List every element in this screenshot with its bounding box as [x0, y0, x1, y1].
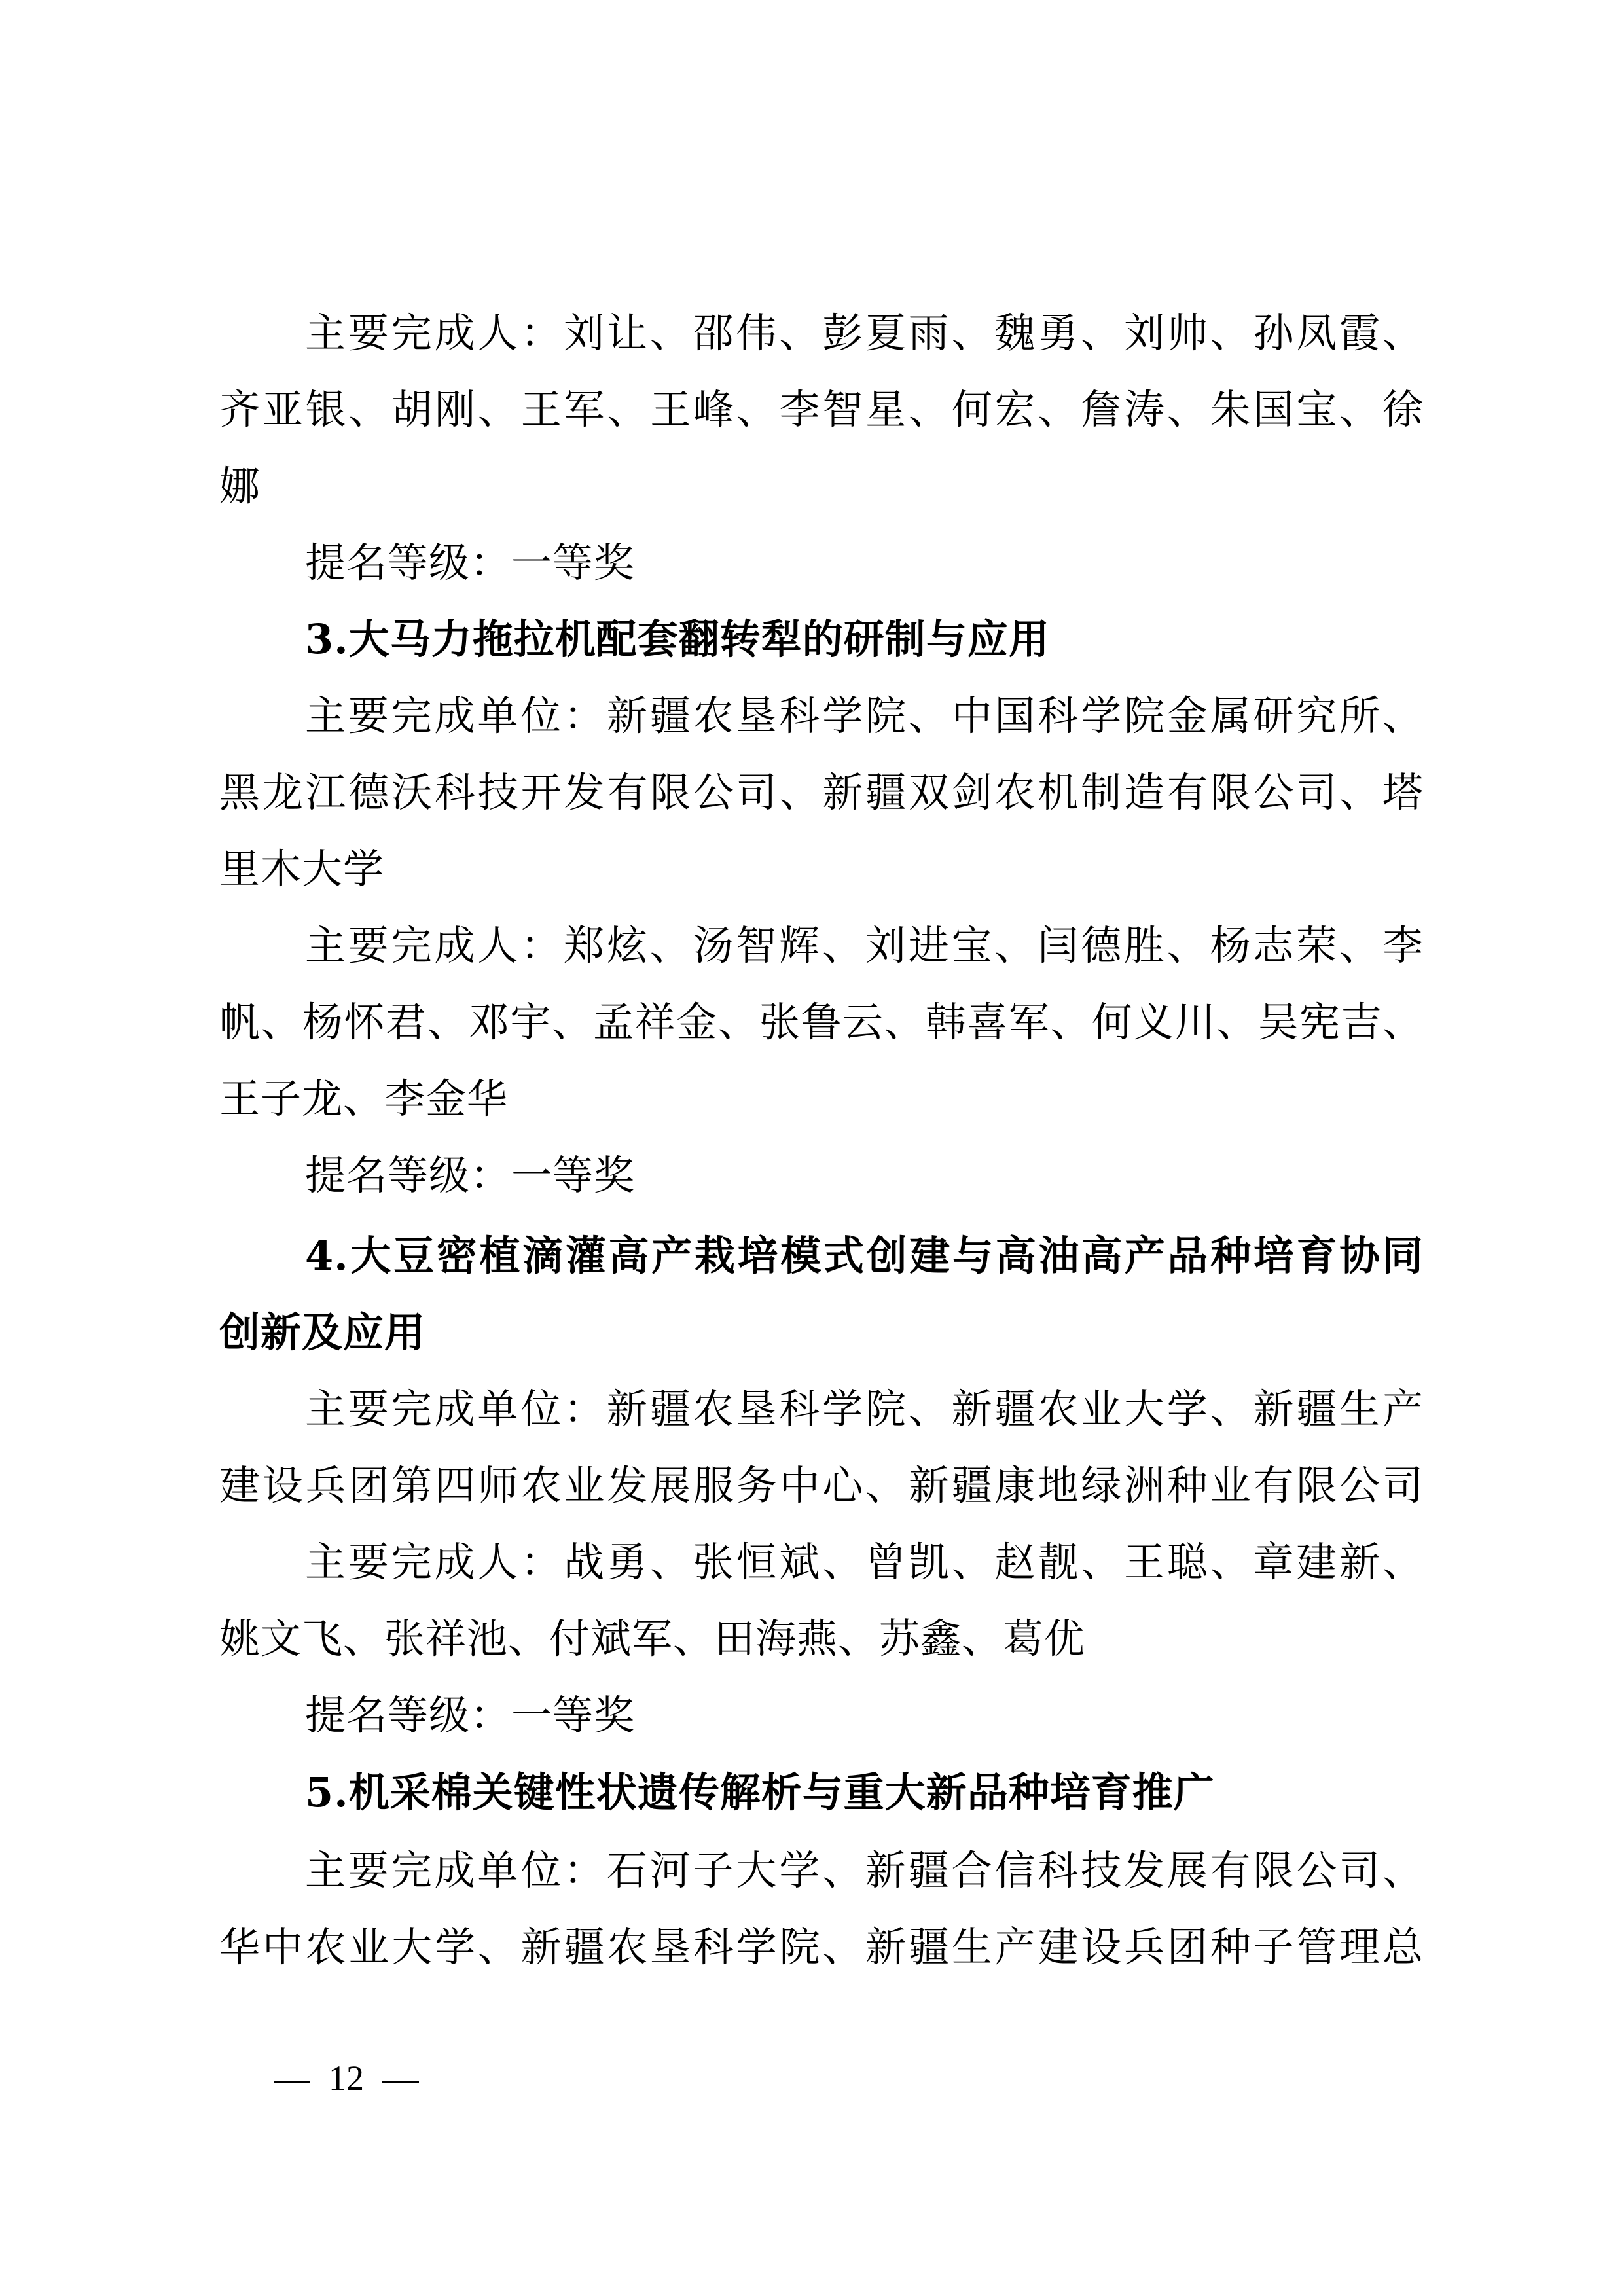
entry2-persons-line-3: 娜: [219, 448, 1424, 524]
entry4-units-line-2: 建设兵团第四师农业发展服务中心、新疆康地绿洲种业有限公司: [219, 1447, 1424, 1524]
entry3-units-line-3: 里木大学: [219, 831, 1424, 907]
page-number-footer: 12: [255, 2055, 437, 2101]
entry4-title-line-2: 创新及应用: [219, 1294, 1424, 1371]
page-number: 12: [329, 2058, 364, 2098]
entry5-units-line-2: 华中农业大学、新疆农垦科学院、新疆生产建设兵团种子管理总: [219, 1909, 1424, 1985]
entry4-title-line-1: 4.大豆密植滴灌高产栽培模式创建与高油高产品种培育协同: [219, 1217, 1424, 1294]
entry3-persons-line-3: 王子龙、李金华: [219, 1060, 1424, 1137]
entry4-units-line-1: 主要完成单位：新疆农垦科学院、新疆农业大学、新疆生产: [219, 1371, 1424, 1447]
entry3-persons-line-1: 主要完成人：郑炫、汤智辉、刘进宝、闫德胜、杨志荣、李: [219, 907, 1424, 984]
document-page: 主要完成人：刘让、邵伟、彭夏雨、魏勇、刘帅、孙凤霞、 齐亚银、胡刚、王军、王峰、…: [0, 0, 1624, 2296]
entry5-title: 5.机采棉关键性状遗传解析与重大新品种培育推广: [219, 1754, 1424, 1831]
entry2-persons-line-2: 齐亚银、胡刚、王军、王峰、李智星、何宏、詹涛、朱国宝、徐: [219, 371, 1424, 448]
dash-right: [382, 2081, 419, 2083]
entry3-title: 3.大马力拖拉机配套翻转犁的研制与应用: [219, 601, 1424, 677]
persons-text: 刘让、邵伟、彭夏雨、魏勇、刘帅、孙凤霞、: [564, 309, 1424, 357]
entry4-persons-line-2: 姚文飞、张祥池、付斌军、田海燕、苏鑫、葛优: [219, 1600, 1424, 1677]
dash-left: [274, 2081, 310, 2083]
entry3-units-line-2: 黑龙江德沃科技开发有限公司、新疆双剑农机制造有限公司、塔: [219, 754, 1424, 831]
entry3-level: 提名等级：一等奖: [219, 1137, 1424, 1213]
entry5-units-line-1: 主要完成单位：石河子大学、新疆合信科技发展有限公司、: [219, 1832, 1424, 1909]
persons-label: 主要完成人：: [305, 309, 564, 357]
entry2-level: 提名等级：一等奖: [219, 524, 1424, 601]
entry4-persons-line-1: 主要完成人：战勇、张恒斌、曾凯、赵靓、王聪、章建新、: [219, 1524, 1424, 1600]
entry4-level: 提名等级：一等奖: [219, 1677, 1424, 1753]
entry3-units-line-1: 主要完成单位：新疆农垦科学院、中国科学院金属研究所、: [219, 677, 1424, 754]
entry3-persons-line-2: 帆、杨怀君、邓宇、孟祥金、张鲁云、韩喜军、何义川、吴宪吉、: [219, 984, 1424, 1060]
entry2-persons-line-1: 主要完成人：刘让、邵伟、彭夏雨、魏勇、刘帅、孙凤霞、: [219, 295, 1424, 371]
